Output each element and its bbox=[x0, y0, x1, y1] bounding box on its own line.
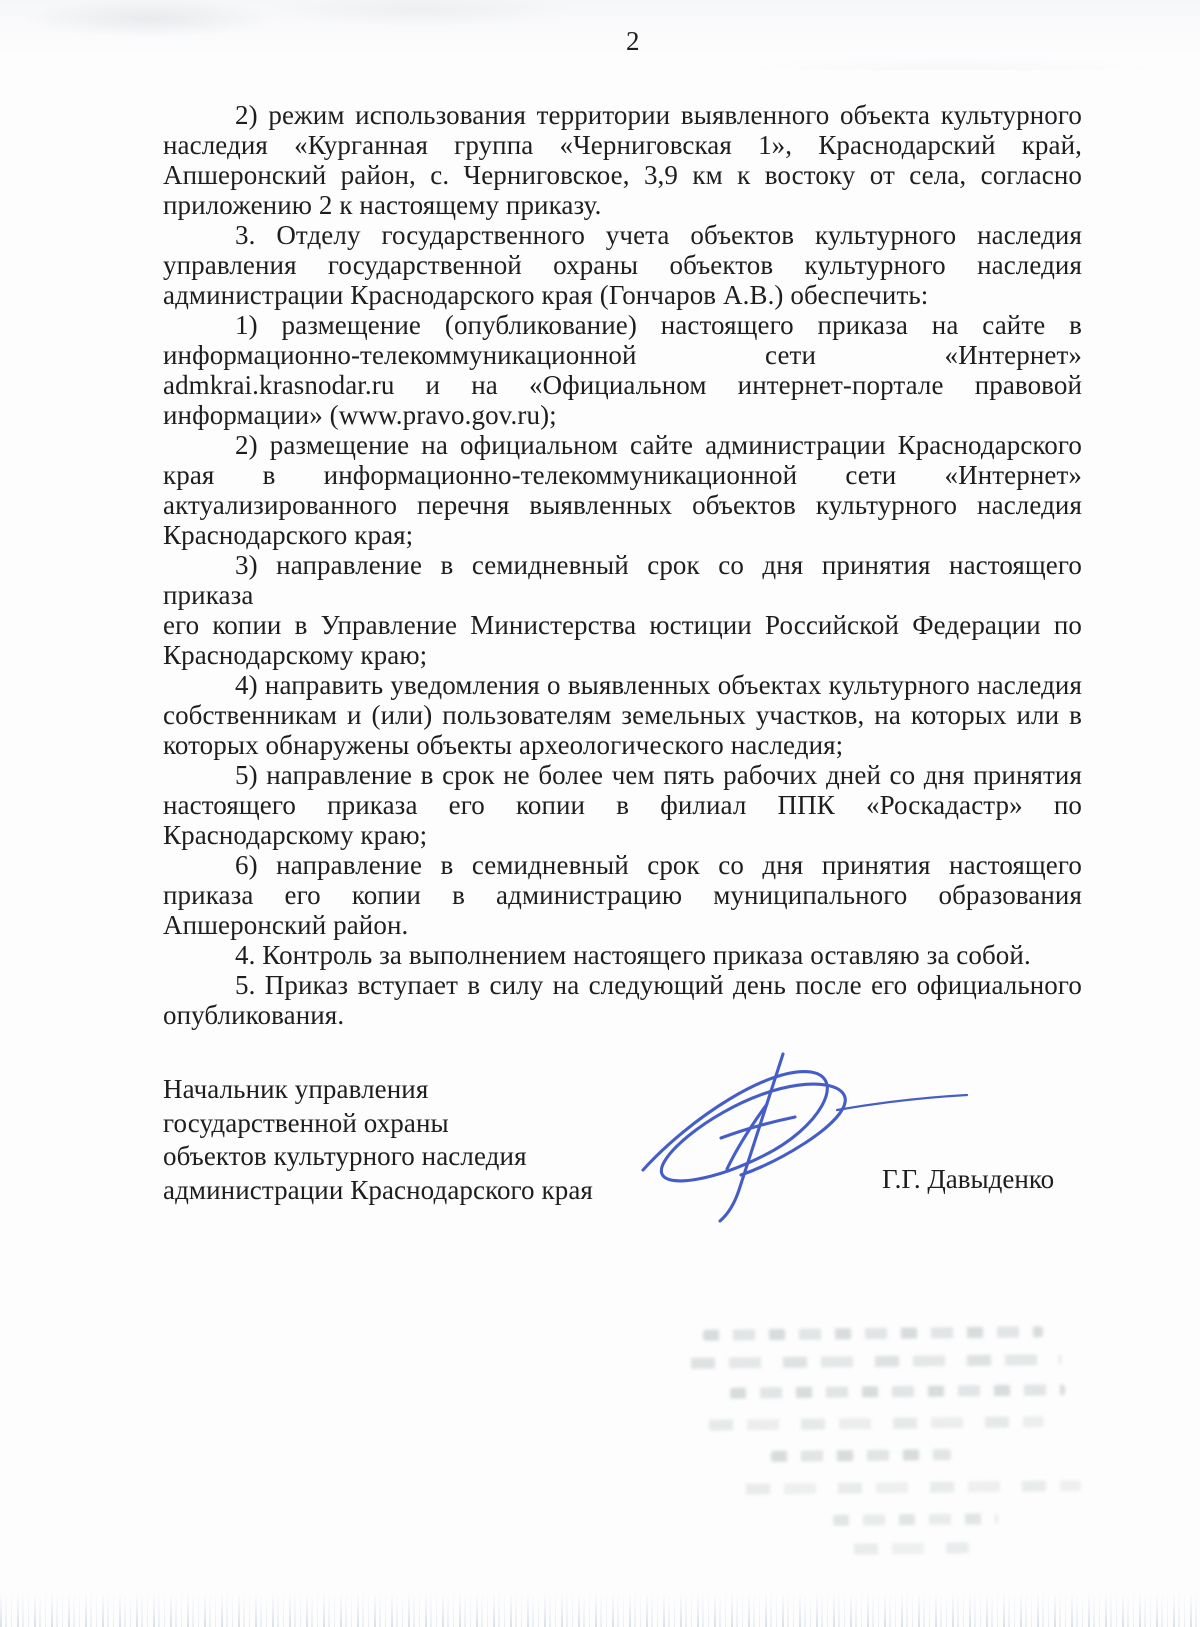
paragraph-line: его копии в Управление Министерства юсти… bbox=[163, 610, 1082, 640]
paragraph-line: края в информационно-телекоммуникационно… bbox=[163, 460, 1082, 490]
paragraph-line: Краснодарскому краю; bbox=[163, 640, 1082, 670]
body-paragraph: 4) направить уведомления о выявленных об… bbox=[163, 670, 1082, 760]
paragraph-line: Краснодарскому краю; bbox=[163, 820, 1082, 850]
paragraph-line: 5) направление в срок не более чем пять … bbox=[163, 760, 1082, 790]
paragraph-line: администрации Краснодарского края (Гонча… bbox=[163, 280, 1082, 310]
paragraph-line: 3) направление в семидневный срок со дня… bbox=[163, 550, 1082, 610]
paragraph-line: 4. Контроль за выполнением настоящего пр… bbox=[163, 940, 1082, 970]
paragraph-line: настоящего приказа его копии в филиал ПП… bbox=[163, 790, 1082, 820]
bleed-line bbox=[833, 1513, 998, 1526]
paragraph-line: опубликования. bbox=[163, 1000, 1082, 1030]
signature-line: объектов культурного наследия bbox=[163, 1140, 593, 1174]
bleed-line bbox=[736, 1480, 1081, 1495]
signature-line: Начальник управления bbox=[163, 1073, 593, 1107]
body-paragraph: 5) направление в срок не более чем пять … bbox=[163, 760, 1082, 850]
body-paragraph: 3) направление в семидневный срок со дня… bbox=[163, 550, 1082, 670]
scan-noise-bottom bbox=[0, 1593, 1200, 1627]
body-paragraph: 6) направление в семидневный срок со дня… bbox=[163, 850, 1082, 940]
paragraph-line: 2) размещение на официальном сайте админ… bbox=[163, 430, 1082, 460]
paragraph-line: собственникам и (или) пользователям земе… bbox=[163, 700, 1082, 730]
paragraph-line: информации» (www.pravo.gov.ru); bbox=[163, 400, 1082, 430]
signature-block: Начальник управлениягосударственной охра… bbox=[163, 1073, 593, 1207]
paragraph-line: приложению 2 к настоящему приказу. bbox=[163, 190, 1082, 220]
bleed-line bbox=[844, 1542, 969, 1554]
paragraph-line: 2) режим использования территории выявле… bbox=[163, 100, 1082, 130]
bleed-line bbox=[771, 1449, 951, 1462]
paragraph-line: которых обнаружены объекты археологическ… bbox=[163, 730, 1082, 760]
paragraph-line: 6) направление в семидневный срок со дня… bbox=[163, 850, 1082, 880]
paragraph-line: admkrai.krasnodar.ru и на «Официальном и… bbox=[163, 370, 1082, 400]
scan-noise-top bbox=[0, 0, 1200, 70]
body-paragraph: 1) размещение (опубликование) настоящего… bbox=[163, 310, 1082, 430]
paragraph-line: 1) размещение (опубликование) настоящего… bbox=[163, 310, 1082, 340]
paragraph-line: 4) направить уведомления о выявленных об… bbox=[163, 670, 1082, 700]
paragraph-line: 3. Отделу государственного учета объекто… bbox=[163, 220, 1082, 250]
page-number: 2 bbox=[626, 26, 640, 56]
signature-line: администрации Краснодарского края bbox=[163, 1174, 593, 1208]
paragraph-line: Краснодарского края; bbox=[163, 520, 1082, 550]
paragraph-line: приказа его копии в администрацию муници… bbox=[163, 880, 1082, 910]
paragraph-line: 5. Приказ вступает в силу на следующий д… bbox=[163, 970, 1082, 1000]
paragraph-line: Апшеронский район. bbox=[163, 910, 1082, 940]
bleed-line bbox=[703, 1326, 1043, 1341]
paragraph-line: Апшеронский район, с. Черниговское, 3,9 … bbox=[163, 160, 1082, 190]
paragraph-line: актуализированного перечня выявленных об… bbox=[163, 490, 1082, 520]
bleed-line bbox=[730, 1384, 1065, 1399]
document-body: 2) режим использования территории выявле… bbox=[163, 100, 1082, 1030]
body-paragraph: 3. Отделу государственного учета объекто… bbox=[163, 220, 1082, 310]
signature-ink-scribble bbox=[615, 1048, 995, 1226]
document-page: 2 2) режим использования территории выяв… bbox=[0, 0, 1200, 1627]
paragraph-line: наследия «Курганная группа «Черниговская… bbox=[163, 130, 1082, 160]
signature-line: государственной охраны bbox=[163, 1107, 593, 1141]
paragraph-line: управления государственной охраны объект… bbox=[163, 250, 1082, 280]
body-paragraph: 2) размещение на официальном сайте админ… bbox=[163, 430, 1082, 550]
bleed-line bbox=[699, 1416, 1044, 1431]
body-paragraph: 5. Приказ вступает в силу на следующий д… bbox=[163, 970, 1082, 1030]
signer-name: Г.Г. Давыденко bbox=[882, 1164, 1054, 1194]
body-paragraph: 4. Контроль за выполнением настоящего пр… bbox=[163, 940, 1082, 970]
paragraph-line: информационно-телекоммуникационной сети … bbox=[163, 340, 1082, 370]
body-paragraph: 2) режим использования территории выявле… bbox=[163, 100, 1082, 220]
bleed-line bbox=[681, 1354, 1061, 1369]
